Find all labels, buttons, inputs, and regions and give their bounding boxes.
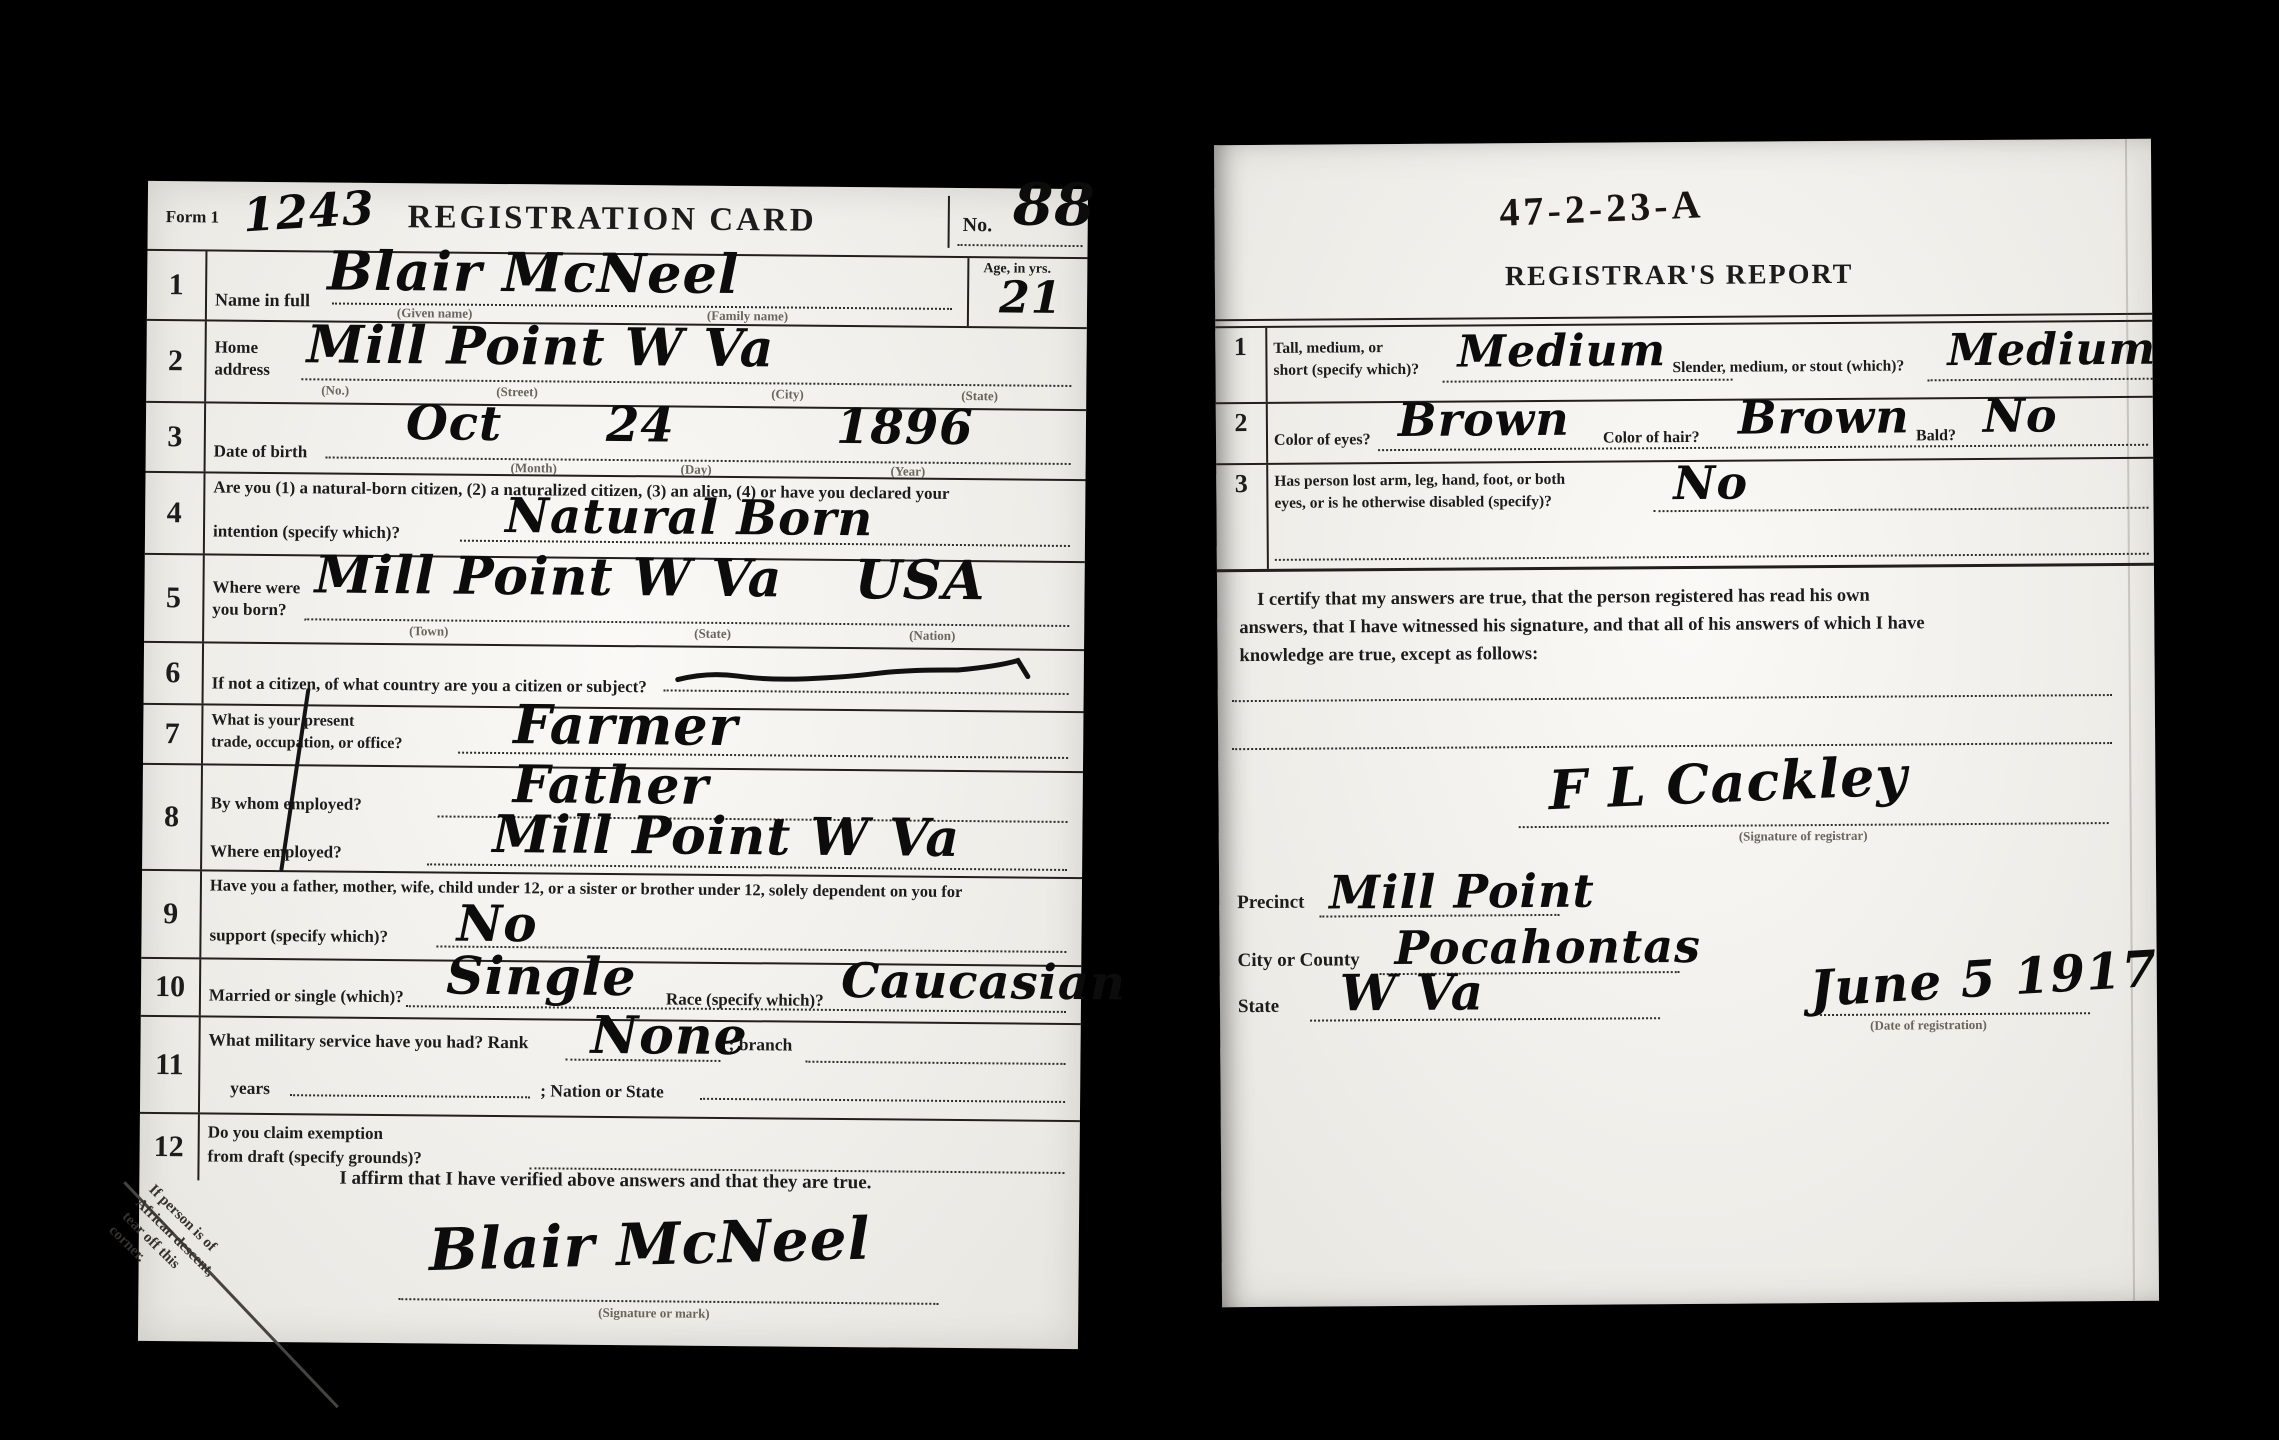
row-number: 4 (145, 473, 206, 554)
row-number: 8 (142, 765, 203, 870)
stamp-code: 47-2-23-A (1499, 180, 1706, 236)
where-employed-value: Mill Point W Va (492, 804, 960, 869)
registrars-report-card: 47-2-23-A REGISTRAR'S REPORT 1 Tall, med… (1214, 139, 2159, 1308)
where-born-label-2: you born? (212, 599, 286, 620)
trade-value: Farmer (513, 692, 738, 758)
bald-value: No (1983, 388, 2058, 443)
disability-label-2: eyes, or is he otherwise disabled (speci… (1274, 493, 1552, 513)
scanned-document-background: Form 1 1243 REGISTRATION CARD No. 88 1 N… (0, 0, 2279, 1440)
no-sublabel: (No.) (321, 382, 349, 398)
dotted-line (1232, 742, 2112, 750)
hair-label: Color of hair? (1603, 429, 1700, 448)
registrar-signature-caption: (Signature of registrar) (1739, 828, 1868, 845)
precinct-value: Mill Point (1329, 864, 1595, 920)
row-disability: 3 Has person lost arm, leg, hand, foot, … (1216, 459, 2154, 573)
row-number: 3 (1216, 465, 1269, 569)
military-rank-value: None (590, 1005, 748, 1067)
registrar-signature: F L Cackley (1547, 743, 1909, 822)
dependents-value: No (456, 894, 538, 954)
affirmation-text: I affirm that I have verified above answ… (339, 1168, 871, 1195)
age-column: Age, in yrs. 21 (967, 258, 1088, 327)
signature-or-mark-caption: (Signature or mark) (598, 1305, 710, 1322)
exemption-label-1: Do you claim exemption (208, 1122, 383, 1144)
row-number: 2 (146, 321, 207, 402)
home-address-label-1: Home (215, 338, 259, 358)
birth-day-value: 24 (606, 397, 675, 454)
row-number: 2 (1216, 404, 1268, 463)
eyes-value: Brown (1398, 392, 1570, 447)
serial-number-handwritten: 1243 (241, 180, 376, 242)
race-value: Caucasian (841, 953, 1126, 1011)
row-number: 1 (1215, 328, 1268, 402)
nation-or-state-label: ; Nation or State (540, 1080, 664, 1102)
home-address-value: Mill Point W Va (306, 314, 774, 379)
row-number: 3 (146, 403, 207, 472)
street-sublabel: (Street) (496, 384, 538, 400)
name-label: Name in full (215, 290, 310, 312)
where-employed-label: Where employed? (210, 841, 342, 862)
name-value: Blair McNeel (327, 238, 740, 306)
hair-value: Brown (1738, 389, 1910, 444)
military-years-label: years (230, 1078, 270, 1099)
no-label: No. (963, 214, 993, 237)
row-number: 5 (144, 555, 205, 642)
married-single-value: Single (446, 946, 637, 1009)
squiggle-mark (674, 654, 1034, 691)
dotted-line (1443, 379, 1733, 383)
build-value: Medium (1947, 324, 2152, 376)
height-label-2: short (specify which)? (1273, 361, 1419, 380)
military-rank-label: What military service have you had? Rank (208, 1029, 528, 1053)
form-number-label: Form 1 (166, 207, 220, 227)
dotted-line (1928, 378, 2153, 382)
dotted-line (700, 1098, 1065, 1103)
dotted-line (805, 1061, 1065, 1065)
eyes-label: Color of eyes? (1274, 431, 1371, 450)
registration-date-value: June 5 1917 (1808, 939, 2159, 1019)
registrant-signature: Blair McNeel (428, 1205, 871, 1285)
married-single-label: Married or single (which)? (209, 985, 404, 1007)
report-title: REGISTRAR'S REPORT (1505, 259, 1854, 293)
home-address-label-2: address (214, 360, 270, 380)
disability-value: No (1673, 456, 1748, 511)
row-number: 10 (141, 959, 201, 1016)
precinct-label: Precinct (1237, 892, 1304, 914)
height-label-1: Tall, medium, or (1273, 339, 1383, 358)
birth-year-value: 1896 (836, 399, 974, 456)
trade-label-1: What is your present (211, 711, 354, 730)
citizenship-value: Natural Born (505, 488, 874, 547)
row-military-service: 11 What military service have you had? R… (140, 1017, 1081, 1122)
dotted-line (290, 1094, 530, 1098)
year-sublabel: (Year) (891, 463, 926, 479)
day-sublabel: (Day) (681, 462, 712, 478)
age-value: 21 (999, 272, 1063, 324)
row-date-of-birth: 3 Date of birth Oct 24 1896 (Month) (Day… (146, 403, 1087, 481)
dotted-line (1232, 694, 2112, 702)
trade-label-2: trade, occupation, or office? (211, 733, 402, 753)
card-title: REGISTRATION CARD (408, 199, 817, 240)
row-number: 11 (140, 1017, 201, 1113)
report-lower-area: I certify that my answers are true, that… (1217, 566, 2159, 1322)
height-value: Medium (1457, 325, 1666, 377)
city-sublabel: (City) (771, 386, 804, 402)
dotted-line (958, 244, 1083, 247)
state-value: W Va (1340, 962, 1485, 1022)
state-sublabel: (State) (694, 626, 731, 642)
header-divider (948, 196, 950, 248)
build-label: Slender, medium, or stout (which)? (1672, 357, 1904, 377)
bald-label: Bald? (1916, 427, 1956, 445)
row-number: 12 (139, 1114, 200, 1181)
town-sublabel: (Town) (409, 623, 448, 639)
birth-month-value: Oct (406, 395, 503, 452)
row-number: 1 (147, 251, 208, 320)
row-number: 7 (143, 705, 204, 764)
african-descent-corner-note: If person is of African descent, tear of… (104, 1181, 232, 1308)
where-born-nation-value: USA (854, 547, 986, 612)
military-branch-label: ; branch (728, 1034, 792, 1056)
dotted-line (301, 378, 1071, 387)
where-born-label-1: Where were (212, 577, 300, 598)
certification-text: I certify that my answers are true, that… (1239, 580, 2120, 670)
row-number: 9 (141, 871, 202, 958)
disability-label-1: Has person lost arm, leg, hand, foot, or… (1274, 471, 1565, 491)
dotted-line (1275, 553, 2149, 561)
dependents-prompt-2: support (specify which)? (209, 925, 388, 947)
row-number: 6 (144, 643, 205, 704)
exemption-label-2: from draft (specify grounds)? (207, 1146, 421, 1168)
registration-date-caption: (Date of registration) (1870, 1017, 1987, 1034)
date-of-birth-label: Date of birth (214, 442, 308, 463)
dependents-prompt-1: Have you a father, mother, wife, child u… (210, 875, 963, 902)
no-value-handwritten: 88 (1013, 170, 1096, 239)
registration-card: Form 1 1243 REGISTRATION CARD No. 88 1 N… (138, 181, 1088, 1349)
by-whom-employed-label: By whom employed? (211, 793, 362, 814)
where-born-value: Mill Point W Va (314, 544, 782, 609)
dotted-line (398, 1298, 938, 1305)
month-sublabel: (Month) (511, 460, 557, 476)
nation-sublabel: (Nation) (909, 628, 955, 644)
state-label: State (1238, 996, 1279, 1018)
row-where-born: 5 Where were you born? Mill Point W Va U… (144, 555, 1085, 651)
citizenship-prompt-2: intention (specify which)? (213, 522, 400, 544)
